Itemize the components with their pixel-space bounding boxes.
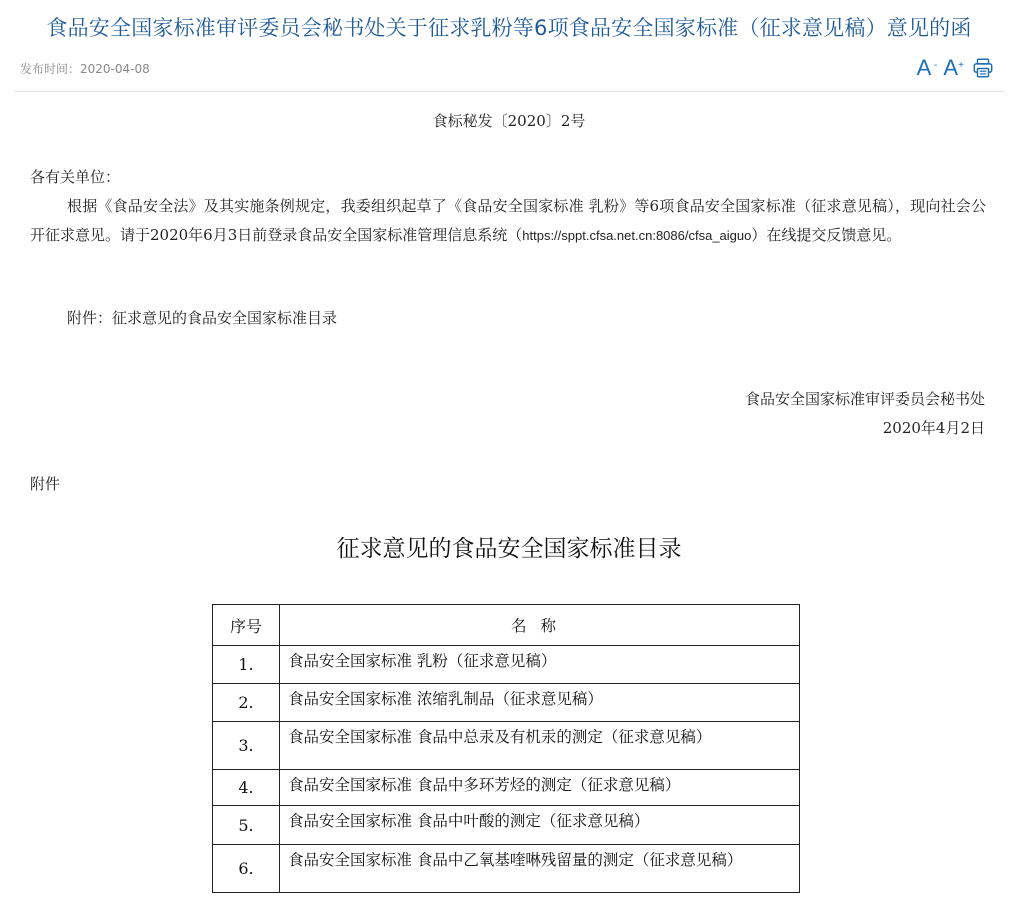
header-divider [14, 91, 1004, 92]
row-number: 3. [213, 722, 280, 770]
article-tools: A- A+ [917, 56, 994, 80]
table-row: 3. 食品安全国家标准 食品中总汞及有机汞的测定（征求意见稿） [213, 722, 800, 770]
font-decrease-button[interactable]: A- [917, 56, 932, 80]
page-title: 食品安全国家标准审评委员会秘书处关于征求乳粉等6项食品安全国家标准（征求意见稿）… [0, 12, 1018, 42]
font-increase-button[interactable]: A+ [943, 56, 958, 80]
row-name: 食品安全国家标准 食品中多环芳烃的测定（征求意见稿） [280, 770, 800, 806]
row-name: 食品安全国家标准 食品中叶酸的测定（征求意见稿） [280, 806, 800, 845]
system-url: https://sppt.cfsa.net.cn:8086/cfsa_aiguo [522, 228, 751, 243]
main-paragraph: 根据《食品安全法》及其实施条例规定，我委组织起草了《食品安全国家标准 乳粉》等6… [30, 192, 986, 250]
signature-date: 2020年4月2日 [883, 417, 985, 438]
printer-icon[interactable] [972, 57, 994, 79]
column-header-number: 序号 [213, 605, 280, 646]
row-number: 2. [213, 684, 280, 722]
row-number: 1. [213, 646, 280, 684]
attachment-note: 附件：征求意见的食品安全国家标准目录 [67, 304, 1018, 333]
row-name: 食品安全国家标准 浓缩乳制品（征求意见稿） [280, 684, 800, 722]
row-name: 食品安全国家标准 食品中乙氧基喹啉残留量的测定（征求意见稿） [280, 845, 800, 893]
row-number: 6. [213, 845, 280, 893]
table-row: 1. 食品安全国家标准 乳粉（征求意见稿） [213, 646, 800, 684]
document-number: 食标秘发〔2020〕2号 [0, 110, 1018, 131]
column-header-name: 名称 [280, 605, 800, 646]
signature-organization: 食品安全国家标准审评委员会秘书处 [745, 388, 985, 409]
publish-date: 2020-04-08 [80, 62, 150, 76]
attachment-label: 附件 [30, 473, 60, 494]
salutation: 各有关单位： [30, 163, 986, 192]
publish-info: 发布时间：2020-04-08 [20, 60, 150, 77]
row-name: 食品安全国家标准 乳粉（征求意见稿） [280, 646, 800, 684]
catalog-title: 征求意见的食品安全国家标准目录 [0, 530, 1018, 563]
table-row: 2. 食品安全国家标准 浓缩乳制品（征求意见稿） [213, 684, 800, 722]
publish-label: 发布时间： [20, 62, 80, 76]
row-name: 食品安全国家标准 食品中总汞及有机汞的测定（征求意见稿） [280, 722, 800, 770]
table-row: 4. 食品安全国家标准 食品中多环芳烃的测定（征求意见稿） [213, 770, 800, 806]
table-header-row: 序号 名称 [213, 605, 800, 646]
table-row: 6. 食品安全国家标准 食品中乙氧基喹啉残留量的测定（征求意见稿） [213, 845, 800, 893]
standards-table: 序号 名称 1. 食品安全国家标准 乳粉（征求意见稿） 2. 食品安全国家标准 … [212, 604, 800, 893]
row-number: 4. [213, 770, 280, 806]
table-row: 5. 食品安全国家标准 食品中叶酸的测定（征求意见稿） [213, 806, 800, 845]
row-number: 5. [213, 806, 280, 845]
